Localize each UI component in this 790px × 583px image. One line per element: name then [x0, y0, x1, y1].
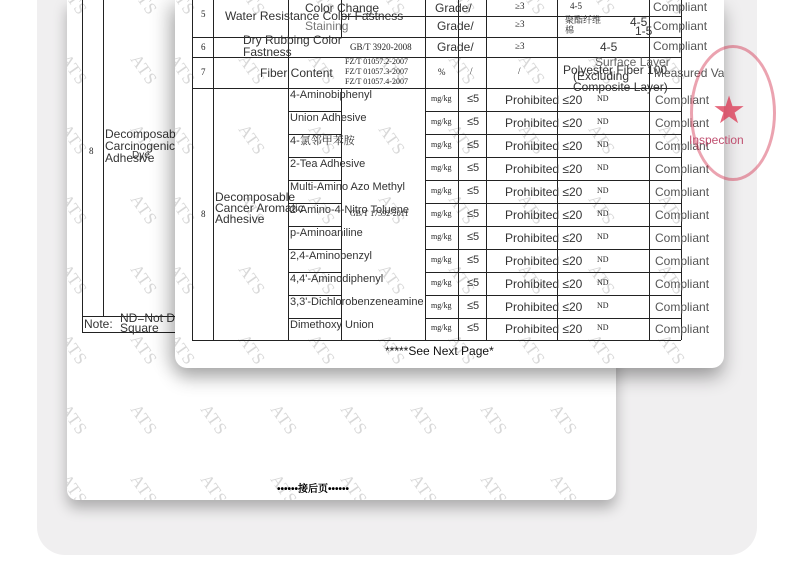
requirement: ≥3 [515, 42, 524, 51]
watermark: ATS [67, 331, 91, 370]
table-line [425, 180, 681, 181]
watermark: ATS [406, 471, 441, 500]
result-value: 1-5 [635, 25, 652, 37]
result-note: Composite Layer) [573, 81, 668, 93]
verdict: Compliant [655, 323, 709, 335]
watermark: ATS [175, 191, 199, 230]
sub-item: Color Change [305, 2, 379, 14]
row-number: 8 [89, 147, 94, 156]
watermark: ATS [126, 401, 161, 440]
result-label: 棉 [565, 26, 574, 35]
substance-name: 3,3'-Dichlorobenzeneamine [290, 297, 450, 308]
requirement: Prohibited ≤20 [505, 186, 582, 198]
limit: ≤5 [467, 255, 479, 266]
verdict: Compliant [655, 163, 709, 175]
substance-name: 2-Amino-4-Nitro Toluene [290, 205, 450, 216]
watermark: ATS [234, 331, 269, 368]
table-line [425, 111, 681, 112]
unit: mg/kg [431, 164, 451, 172]
verdict: Compliant [655, 186, 709, 198]
watermark: ATS [67, 121, 91, 160]
limit: ≤5 [467, 140, 479, 151]
item-label: Fiber Content [260, 67, 333, 79]
watermark: ATS [126, 471, 161, 500]
unit: mg/kg [431, 324, 451, 332]
verdict: Compliant [655, 232, 709, 244]
requirement: Prohibited ≤20 [505, 117, 582, 129]
requirement: ≥3 [515, 20, 524, 29]
substance-name: 4-氯邻甲苯胺 [290, 136, 450, 147]
verdict: Compliant [653, 40, 707, 52]
watermark: ATS [126, 51, 161, 90]
watermark: ATS [126, 0, 161, 19]
verdict: Compliant [655, 209, 709, 221]
table-line [425, 249, 681, 250]
watermark: ATS [406, 401, 441, 440]
substance-name: p-Aminoaniline [290, 228, 450, 239]
limit: ≤5 [467, 323, 479, 334]
requirement: Prohibited ≤20 [505, 278, 582, 290]
row-number: 7 [201, 68, 206, 77]
watermark: ATS [175, 121, 199, 160]
unit: Grade/ [437, 41, 474, 53]
unit: Grade/ [435, 2, 472, 14]
watermark: ATS [196, 401, 231, 440]
watermark: ATS [175, 331, 199, 368]
substance-name: 4,4'-Aminodiphenyl [290, 274, 450, 285]
watermark: ATS [266, 401, 301, 440]
unit: Grade/ [437, 20, 474, 32]
limit: ≤5 [467, 232, 479, 243]
watermark: ATS [546, 471, 581, 500]
result: ND [597, 233, 609, 241]
item-overlay: Dye [132, 151, 150, 161]
result: ND [597, 302, 609, 310]
unit: mg/kg [431, 210, 451, 218]
report-page-front: ATSATSATSATSATSATSATSATSATSATSATSATSATSA… [175, 0, 724, 368]
requirement: Prohibited ≤20 [505, 255, 582, 267]
row-number: 6 [201, 43, 206, 52]
watermark: ATS [546, 401, 581, 440]
result: ND [597, 164, 609, 172]
stamp-star-icon: ★ [712, 88, 746, 133]
watermark: ATS [476, 401, 511, 440]
unit: mg/kg [431, 256, 451, 264]
table-line [425, 226, 681, 227]
verdict: Compliant [655, 278, 709, 290]
row-number: 8 [201, 210, 206, 219]
watermark: ATS [67, 261, 91, 300]
verdict: Compliant [655, 301, 709, 313]
substance-name: Union Adhesive [290, 113, 450, 124]
substance-name: Multi-Amino Azo Methyl [290, 182, 450, 193]
result: ND [597, 324, 609, 332]
watermark: ATS [175, 261, 199, 300]
watermark: ATS [476, 471, 511, 500]
table-line [649, 0, 650, 340]
item-label: Adhesive [215, 213, 264, 225]
requirement: Prohibited ≤20 [505, 323, 582, 335]
unit: mg/kg [431, 118, 451, 126]
unit: mg/kg [431, 95, 451, 103]
watermark: ATS [304, 331, 339, 368]
requirement: / [470, 67, 473, 76]
watermark: ATS [196, 471, 231, 500]
limit: ≤5 [467, 186, 479, 197]
substance-name: Dimethoxy Union [290, 320, 450, 331]
requirement: Prohibited ≤20 [505, 163, 582, 175]
stamp-text: Inspection [689, 133, 744, 147]
result: 4-5 [600, 41, 617, 53]
method: GB/T 3920-2008 [350, 43, 412, 52]
method: FZ/T 01057.3-2007 [345, 68, 408, 76]
row-number: 5 [201, 10, 206, 19]
result: ND [597, 187, 609, 195]
watermark: ATS [67, 51, 91, 90]
limit: ≤5 [467, 117, 479, 128]
watermark: ATS [126, 191, 161, 230]
table-line [425, 272, 681, 273]
substance-name: 4-Aminobiphenyl [290, 90, 450, 101]
table-line [425, 134, 681, 135]
watermark: ATS [336, 401, 371, 440]
watermark: ATS [514, 331, 549, 368]
substance-name: 2,4-Aminobenzyl [290, 251, 450, 262]
continued-footer: ••••••接后页•••••• [277, 485, 349, 495]
result: ND [597, 141, 609, 149]
watermark: ATS [654, 331, 689, 368]
watermark: ATS [126, 331, 161, 370]
limit: ≤5 [467, 278, 479, 289]
method: FZ/T 01057.4-2007 [345, 78, 408, 86]
table-line [192, 340, 681, 341]
table-line [425, 318, 681, 319]
watermark: ATS [126, 261, 161, 300]
note-label: Note: [84, 318, 113, 330]
sub-item: Staining [305, 20, 348, 32]
table-line [192, 0, 193, 340]
watermark: ATS [67, 0, 91, 19]
method: FZ/T 01057.2-2007 [345, 58, 408, 66]
requirement: ≥3 [515, 2, 524, 11]
watermark: ATS [584, 331, 619, 368]
requirement: Prohibited ≤20 [505, 209, 582, 221]
verdict: Compliant [655, 255, 709, 267]
result: ND [597, 256, 609, 264]
unit: mg/kg [431, 279, 451, 287]
limit: ≤5 [467, 163, 479, 174]
watermark: ATS [67, 401, 91, 440]
limit: ≤5 [467, 301, 479, 312]
requirement: / [518, 67, 521, 76]
table-line [486, 0, 487, 340]
limit: ≤5 [467, 94, 479, 105]
unit: mg/kg [431, 233, 451, 241]
verdict: Compliant [653, 20, 707, 32]
watermark: ATS [175, 0, 199, 19]
table-line [213, 0, 214, 340]
verdict: Compliant [653, 1, 707, 13]
substance-name: 2-Tea Adhesive [290, 159, 450, 170]
result: ND [597, 95, 609, 103]
unit: mg/kg [431, 302, 451, 310]
result: ND [597, 210, 609, 218]
unit: % [438, 68, 446, 77]
result: ND [597, 118, 609, 126]
result: 4-5 [570, 2, 582, 11]
watermark: ATS [234, 261, 269, 300]
requirement: Prohibited ≤20 [505, 301, 582, 313]
watermark: ATS [67, 471, 91, 500]
requirement: Prohibited ≤20 [505, 140, 582, 152]
requirement: Prohibited ≤20 [505, 94, 582, 106]
watermark: ATS [67, 191, 91, 230]
unit: mg/kg [431, 141, 451, 149]
table-line [425, 203, 681, 204]
result-label: 聚酯纤维 [565, 16, 601, 25]
requirement: Prohibited ≤20 [505, 232, 582, 244]
result: ND [597, 279, 609, 287]
table-line [425, 157, 681, 158]
unit: mg/kg [431, 187, 451, 195]
limit: ≤5 [467, 209, 479, 220]
table-line [425, 0, 426, 340]
watermark: ATS [234, 121, 269, 160]
table-line [425, 295, 681, 296]
item-label: Fastness [243, 46, 292, 58]
see-next-page: *****See Next Page* [385, 345, 494, 357]
